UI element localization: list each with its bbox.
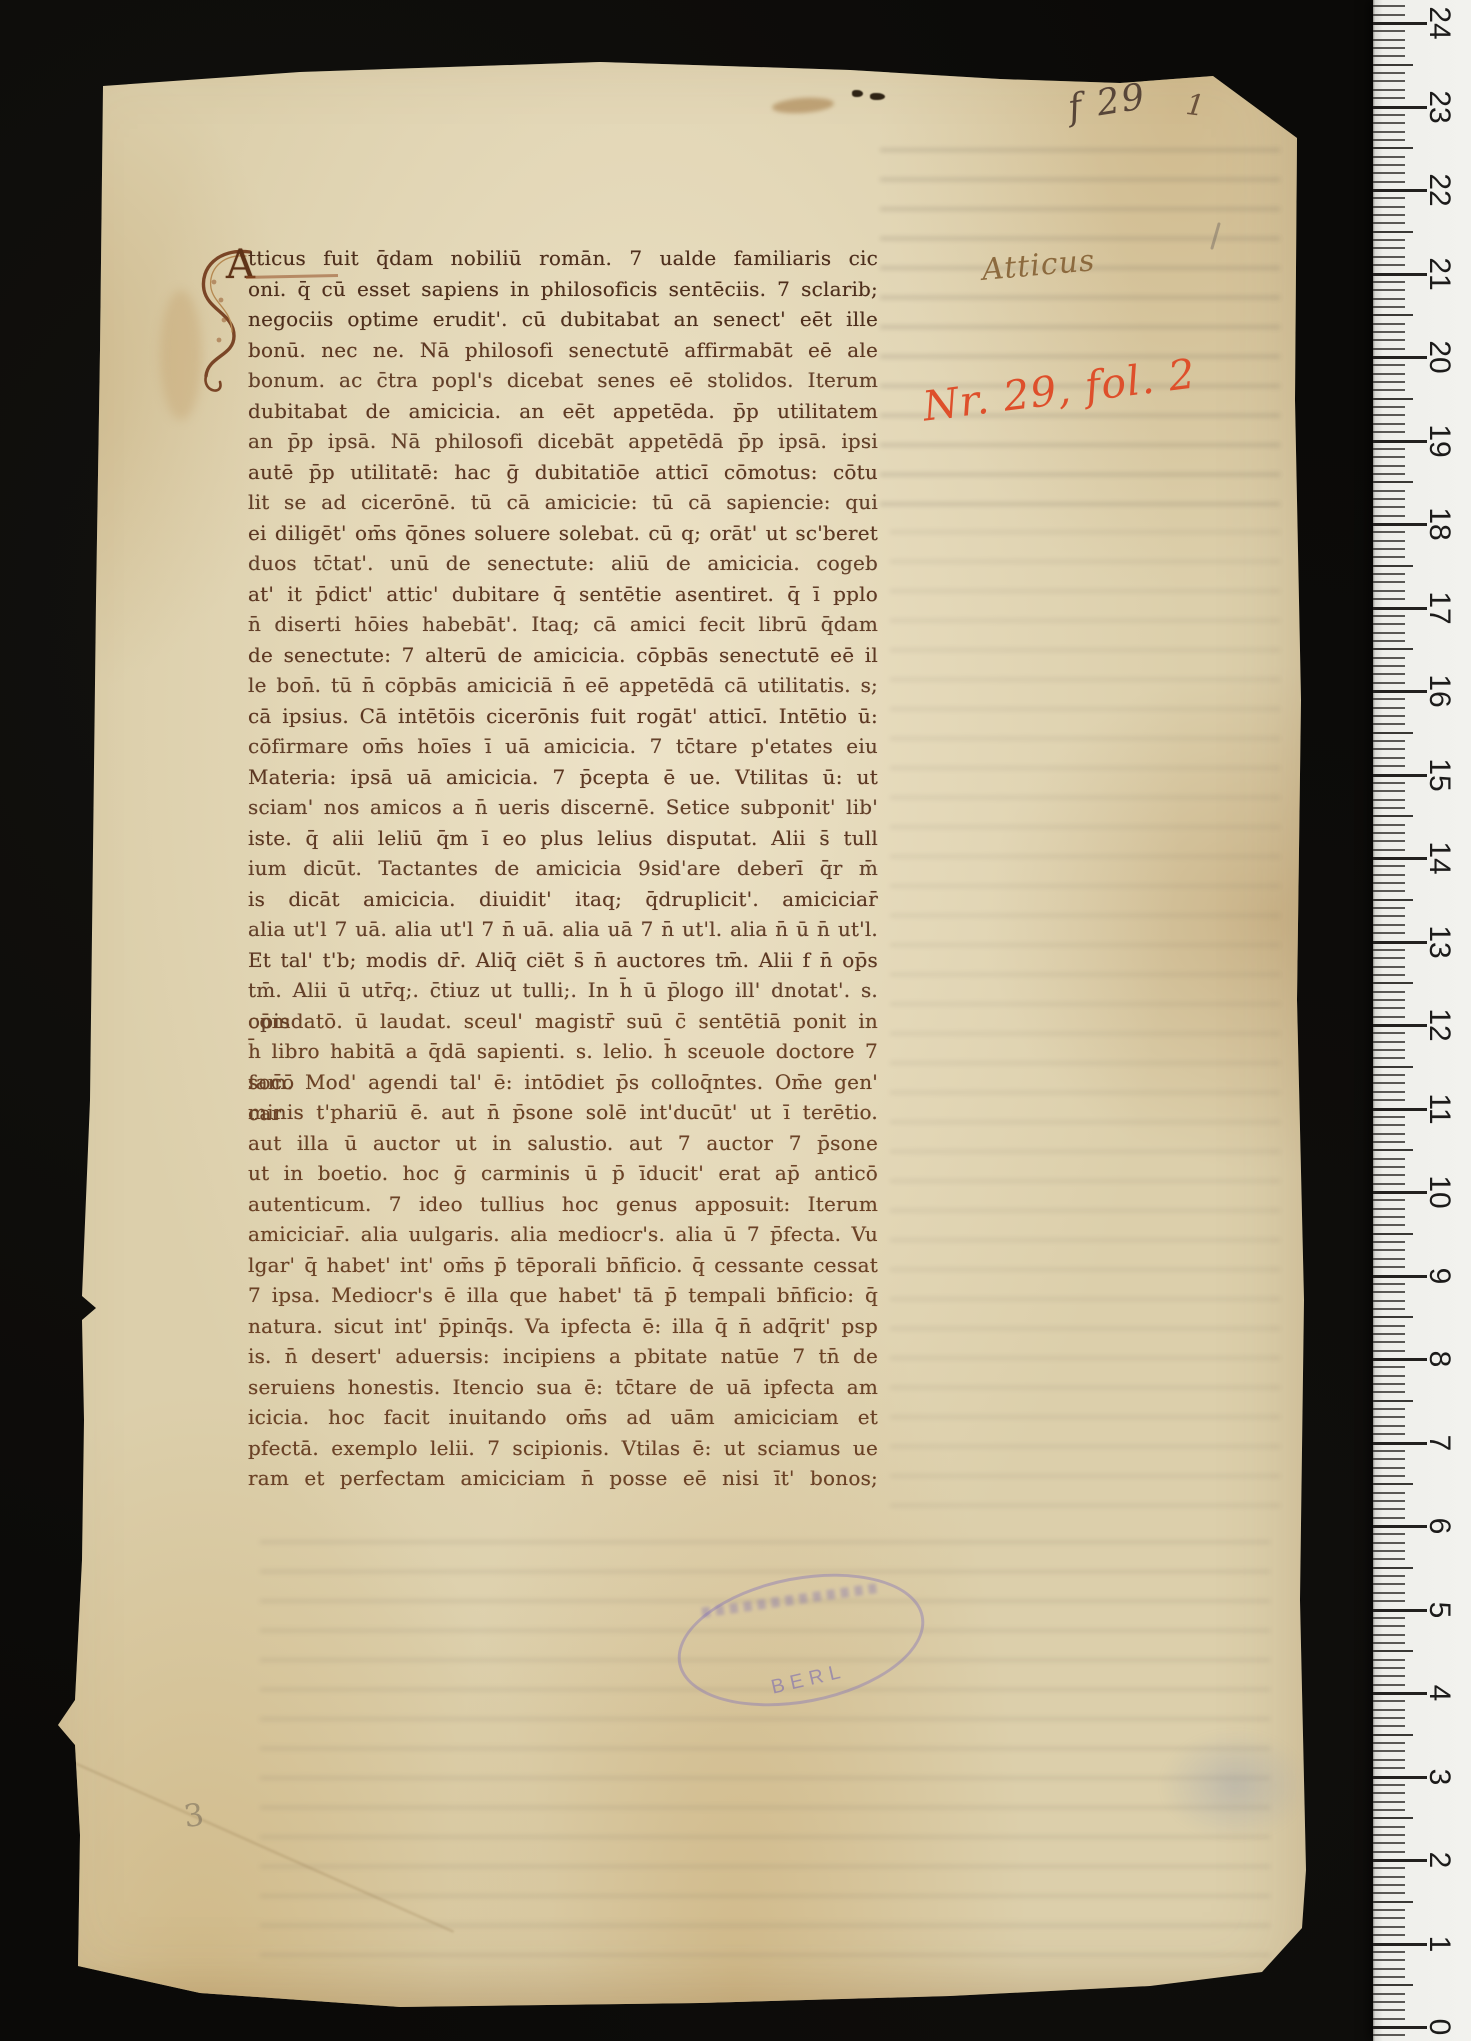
ruler-tick [1373, 957, 1405, 959]
ruler-tick [1373, 1901, 1413, 1903]
pencil-number-mark: 3 [182, 1797, 207, 1835]
ruler-tick [1373, 1350, 1405, 1352]
ruler-tick [1373, 1358, 1427, 1361]
ruler-tick [1373, 139, 1405, 141]
ruler-tick [1373, 515, 1405, 517]
ruler-number: 21 [1424, 252, 1454, 296]
ruler-tick [1373, 323, 1405, 325]
ruler-tick [1373, 1734, 1413, 1736]
ruler-tick [1373, 1542, 1405, 1544]
ruler-tick [1373, 707, 1405, 709]
ruler-tick [1373, 1625, 1405, 1627]
ruler-tick [1373, 1383, 1405, 1385]
ruler-tick [1373, 1216, 1405, 1218]
ruler-tick [1373, 632, 1405, 634]
ruler-number: 2 [1424, 1838, 1454, 1882]
ruler-tick [1373, 39, 1405, 41]
ruler-tick [1373, 1709, 1405, 1711]
ruler-tick [1373, 331, 1405, 333]
ruler-tick [1373, 598, 1405, 600]
ruler-tick [1373, 1074, 1405, 1076]
manuscript-line: iste. q̄ alii leliū q̄m ī eo plus lelius… [248, 823, 878, 854]
ruler-tick [1373, 740, 1405, 742]
ruler-tick [1373, 1634, 1405, 1636]
ruler-tick [1373, 765, 1405, 767]
manuscript-line: at' it p̄dict' attic' dubitare q̄ sentēt… [248, 579, 878, 610]
ruler-tick [1373, 1609, 1427, 1612]
ruler-tick [1373, 2001, 1405, 2003]
manuscript-line: ium dicūt. Tactantes de amicicia 9sid'ar… [248, 853, 878, 884]
ruler-tick [1373, 974, 1405, 976]
ruler-tick [1373, 1141, 1405, 1143]
manuscript-line: bonum. ac c̄tra popl's dicebat senes eē … [248, 365, 878, 396]
stain [1160, 1730, 1310, 1840]
ruler-tick [1373, 256, 1405, 258]
ruler-tick [1373, 1533, 1405, 1535]
ruler-tick [1373, 865, 1405, 867]
ruler-tick [1373, 1926, 1405, 1928]
ruler-tick [1373, 1375, 1405, 1377]
manuscript-line: oni. q̄ cū esset sapiens in philosoficis… [248, 274, 878, 305]
ruler-tick [1373, 899, 1413, 901]
ruler-tick [1373, 1659, 1405, 1661]
ruler-tick [1373, 991, 1405, 993]
decorated-initial: A [226, 245, 255, 285]
ruler-tick [1373, 1917, 1405, 1919]
ruler-tick [1373, 1300, 1405, 1302]
ruler-tick [1373, 1492, 1405, 1494]
manuscript-line: Materia: ipsā uā amicicia. 7 p̄cepta ē u… [248, 762, 878, 793]
ruler-tick [1373, 1517, 1405, 1519]
ruler-tick [1373, 1842, 1405, 1844]
ruler-tick [1373, 1108, 1427, 1111]
ruler-tick [1373, 1116, 1405, 1118]
ruler-tick [1373, 1525, 1427, 1528]
ruler-tick [1373, 47, 1405, 49]
ruler-tick [1373, 1826, 1405, 1828]
ruler-tick [1373, 657, 1405, 659]
ruler-number: 12 [1424, 1003, 1454, 1047]
ruler-tick [1373, 1650, 1413, 1652]
ruler-tick [1373, 607, 1427, 610]
ruler-number: 5 [1424, 1588, 1454, 1632]
ruler-number: 11 [1424, 1087, 1454, 1131]
ruler-tick [1373, 348, 1405, 350]
ruler-number: 6 [1424, 1504, 1454, 1548]
ruler-number: 15 [1424, 753, 1454, 797]
ruler-tick [1373, 1442, 1427, 1445]
ruler-tick [1373, 615, 1405, 617]
ruler-number: 1 [1424, 1922, 1454, 1966]
manuscript-line: bonū. nec ne. Nā philosofi senectutē aff… [248, 335, 878, 366]
ruler-tick [1373, 1475, 1405, 1477]
ruler-tick [1373, 1767, 1405, 1769]
ruler-number: 10 [1424, 1170, 1454, 1214]
manuscript-line: seruiens honestis. Itencio sua ē: tc̄tar… [248, 1372, 878, 1403]
ruler-tick [1373, 239, 1405, 241]
ruler-tick [1373, 882, 1405, 884]
manuscript-line: dubitabat de amicicia. an eēt appetēda. … [248, 396, 878, 427]
speck [870, 93, 885, 100]
ruler-tick [1373, 55, 1405, 57]
ruler-tick [1373, 1642, 1405, 1644]
ruler-tick [1373, 1124, 1405, 1126]
ruler-tick [1373, 1684, 1405, 1686]
manuscript-line: autē p̄p utilitatē: hac ḡ dubitatiōe att… [248, 457, 878, 488]
ruler-tick [1373, 966, 1405, 968]
ruler-number: 24 [1424, 1, 1454, 45]
manuscript-line: an p̄p ipsā. Nā philosofi dicebāt appetē… [248, 426, 878, 457]
ruler-tick [1373, 1149, 1413, 1151]
manuscript-line: h̄ libro habitā a q̄dā sapienti. s. leli… [248, 1036, 878, 1067]
ruler-tick [1373, 1717, 1405, 1719]
ruler-tick [1373, 548, 1405, 550]
ruler-tick [1373, 14, 1405, 16]
ruler-tick [1373, 97, 1405, 99]
manuscript-line: alia ut'l 7 uā. alia ut'l 7 n̄ uā. alia … [248, 914, 878, 945]
ruler-tick [1373, 949, 1405, 951]
ruler-tick [1373, 1258, 1405, 1260]
manuscript-line: aut illa ū auctor ut in salustio. aut 7 … [248, 1128, 878, 1159]
manuscript-line: lit se ad cicerōnē. tū cā amicicie: tū c… [248, 487, 878, 518]
ruler-tick [1373, 147, 1413, 149]
ruler-tick [1373, 1859, 1427, 1862]
ruler-tick [1373, 122, 1405, 124]
stain [772, 96, 835, 115]
ruler-tick [1373, 1876, 1405, 1878]
ruler-tick [1373, 1183, 1405, 1185]
ruler-tick [1373, 1742, 1405, 1744]
manuscript-line: duos tc̄tat'. unū de senectute: aliū de … [248, 548, 878, 579]
ruler-tick [1373, 448, 1405, 450]
ruler-tick [1373, 1450, 1405, 1452]
ruler-tick [1373, 1667, 1405, 1669]
ruler-tick [1373, 1024, 1427, 1027]
manuscript-line: cōfirmare om̄s hoīes ī uā amicicia. 7 tc… [248, 731, 878, 762]
ruler-tick [1373, 523, 1427, 526]
ruler-tick [1373, 815, 1413, 817]
ruler-tick [1373, 757, 1405, 759]
ruler-tick [1373, 431, 1405, 433]
ruler-tick [1373, 440, 1427, 443]
ruler-tick [1373, 306, 1405, 308]
ruler-tick [1373, 556, 1405, 558]
folio-number-mark: f 29 [1065, 76, 1149, 129]
manuscript-line: 7 ipsa. Mediocr's ē illa que habet' tā p… [248, 1280, 878, 1311]
ruler-tick [1373, 264, 1405, 266]
ruler-tick [1373, 1776, 1427, 1779]
ruler-tick [1373, 356, 1427, 359]
ruler-tick [1373, 915, 1405, 917]
ruler-tick [1373, 1091, 1405, 1093]
ruler-tick [1373, 1391, 1405, 1393]
ruler-tick [1373, 1333, 1405, 1335]
manuscript-line: natura. sicut int' p̄pinq̄s. Va ipfecta … [248, 1311, 878, 1342]
ruler-number: 8 [1424, 1337, 1454, 1381]
ruler-tick [1373, 30, 1405, 32]
ruler-number: 3 [1424, 1755, 1454, 1799]
ruler-number: 9 [1424, 1254, 1454, 1298]
ruler-tick [1373, 540, 1405, 542]
measurement-ruler: 2423222120191817161514131211109876543210 [1373, 0, 1471, 2041]
ruler-tick [1373, 1275, 1427, 1278]
ruler-tick [1373, 732, 1413, 734]
ruler-tick [1373, 1049, 1405, 1051]
ruler-tick [1373, 1817, 1413, 1819]
ruler-tick [1373, 565, 1413, 567]
ruler-tick [1373, 490, 1405, 492]
ruler-tick [1373, 2034, 1405, 2036]
speck [852, 90, 863, 97]
ruler-tick [1373, 414, 1405, 416]
ruler-tick [1373, 2018, 1405, 2020]
ruler-tick [1373, 364, 1405, 366]
ruler-tick [1373, 1133, 1405, 1135]
ruler-tick [1373, 89, 1405, 91]
ruler-number: 4 [1424, 1671, 1454, 1715]
manuscript-line: minis t'phariū ē. aut n̄ p̄sone solē int… [248, 1097, 878, 1128]
ruler-tick [1373, 590, 1405, 592]
ruler-tick [1373, 498, 1405, 500]
ruler-tick [1373, 1959, 1405, 1961]
ruler-tick [1373, 373, 1405, 375]
ruler-tick [1373, 1199, 1405, 1201]
ruler-tick [1373, 1784, 1405, 1786]
ruler-tick [1373, 1884, 1405, 1886]
parchment-leaf: A tticus fuit q̄dam nobiliū romān. 7 ual… [0, 0, 1340, 2041]
ruler-tick [1373, 465, 1405, 467]
ruler-tick [1373, 715, 1405, 717]
ruler-tick [1373, 1041, 1405, 1043]
ruler-tick [1373, 782, 1405, 784]
ruler-tick [1373, 1249, 1405, 1251]
ruler-tick [1373, 1725, 1405, 1727]
manuscript-line: le bon̄. tū n̄ cōpbās amiciciā n̄ eē app… [248, 670, 878, 701]
ruler-number: 19 [1424, 419, 1454, 463]
ruler-tick [1373, 247, 1405, 249]
ruler-tick [1373, 1508, 1405, 1510]
ruler-tick [1373, 181, 1405, 183]
ruler-tick [1373, 1934, 1405, 1936]
ruler-tick [1373, 857, 1427, 860]
manuscript-line: ei diligēt' om̄s q̄ōnes soluere solebat.… [248, 518, 878, 549]
ruler-tick [1373, 1408, 1405, 1410]
ruler-tick [1373, 222, 1405, 224]
manuscript-line: autenticum. 7 ideo tullius hoc genus app… [248, 1189, 878, 1220]
ruler-tick [1373, 80, 1405, 82]
ruler-number: 16 [1424, 669, 1454, 713]
manuscript-line: tticus fuit q̄dam nobiliū romān. 7 ualde… [248, 243, 878, 274]
manuscript-line: cōmdatō. ū laudat. sceul' magistr̄ suū c… [248, 1006, 878, 1037]
ruler-tick [1373, 1400, 1413, 1402]
ruler-tick [1373, 999, 1405, 1001]
ruler-tick [1373, 1943, 1427, 1946]
ruler-tick [1373, 456, 1405, 458]
ruler-tick [1373, 1458, 1405, 1460]
ruler-tick [1373, 1968, 1405, 1970]
ruler-tick [1373, 924, 1405, 926]
manuscript-photo: A tticus fuit q̄dam nobiliū romān. 7 ual… [0, 0, 1471, 2041]
ruler-tick [1373, 890, 1405, 892]
ruler-number: 22 [1424, 168, 1454, 212]
ruler-number: 14 [1424, 836, 1454, 880]
ruler-tick [1373, 64, 1413, 66]
ruler-tick [1373, 314, 1413, 316]
ruler-tick [1373, 907, 1405, 909]
ruler-tick [1373, 1224, 1405, 1226]
ruler-tick [1373, 790, 1405, 792]
ruler-tick [1373, 1483, 1413, 1485]
ruler-tick [1373, 1809, 1405, 1811]
ruler-tick [1373, 197, 1405, 199]
ruler-tick [1373, 164, 1405, 166]
ruler-tick [1373, 623, 1405, 625]
ruler-tick [1373, 1675, 1405, 1677]
ruler-tick [1373, 339, 1405, 341]
manuscript-line: pfectā. exemplo lelii. 7 scipionis. Vtil… [248, 1433, 878, 1464]
ruler-tick [1373, 1976, 1405, 1978]
ruler-tick [1373, 1325, 1405, 1327]
manuscript-line: sciam' nos amicos a n̄ ueris discernē. S… [248, 792, 878, 823]
ruler-tick [1373, 1191, 1427, 1194]
ruler-tick [1373, 1993, 1405, 1995]
ruler-tick [1373, 807, 1405, 809]
manuscript-line: ram et perfectam amiciciam n̄ posse eē n… [248, 1463, 878, 1494]
ruler-number: 17 [1424, 586, 1454, 630]
ruler-tick [1373, 1750, 1405, 1752]
ruler-tick [1373, 1592, 1405, 1594]
ruler-tick [1373, 1316, 1413, 1318]
ruler-tick [1373, 473, 1405, 475]
ruler-tick [1373, 281, 1405, 283]
ruler-tick [1373, 874, 1405, 876]
ruler-tick [1373, 1892, 1405, 1894]
ruler-tick [1373, 824, 1405, 826]
manuscript-line: n̄ diserti hōies habebāt'. Itaq; cā amic… [248, 609, 878, 640]
ruler-tick [1373, 531, 1405, 533]
ruler-tick [1373, 1241, 1405, 1243]
ruler-tick [1373, 1909, 1405, 1911]
ruler-tick [1373, 1500, 1405, 1502]
ruler-tick [1373, 1567, 1413, 1569]
ruler-tick [1373, 774, 1427, 777]
ruler-tick [1373, 698, 1405, 700]
ruler-tick [1373, 573, 1405, 575]
ruler-tick [1373, 1867, 1405, 1869]
ruler-tick [1373, 1759, 1405, 1761]
ruler-number: 23 [1424, 85, 1454, 129]
ruler-tick [1373, 481, 1413, 483]
manuscript-line: amiciciar̄. alia uulgaris. alia mediocr'… [248, 1219, 878, 1250]
ruler-tick [1373, 106, 1427, 109]
manuscript-line: tm̄. Alii ū utr̄q;. c̄tiuz ut tulli;. In… [248, 975, 878, 1006]
ruler-tick [1373, 2026, 1427, 2029]
ruler-tick [1373, 799, 1405, 801]
ruler-tick [1373, 506, 1405, 508]
ruler-tick [1373, 849, 1405, 851]
ruler-number: 20 [1424, 335, 1454, 379]
ruler-tick [1373, 1575, 1405, 1577]
ruler-tick [1373, 682, 1405, 684]
ruler-tick [1373, 1016, 1405, 1018]
ruler-tick [1373, 273, 1427, 276]
ruler-tick [1373, 2009, 1405, 2011]
manuscript-line: icicia. hoc facit inuitando om̄s ad uām … [248, 1402, 878, 1433]
ruler-tick [1373, 690, 1427, 693]
ruler-tick [1373, 1984, 1413, 1986]
ruler-tick [1373, 648, 1413, 650]
ruler-tick [1373, 1158, 1405, 1160]
ruler-number: 13 [1424, 920, 1454, 964]
ruler-tick [1373, 1007, 1405, 1009]
ruler-tick [1373, 1600, 1405, 1602]
ruler-tick [1373, 289, 1405, 291]
ruler-tick [1373, 398, 1413, 400]
ruler-tick [1373, 72, 1405, 74]
ruler-tick [1373, 1692, 1427, 1695]
ruler-tick [1373, 1166, 1405, 1168]
corner-number-mark: 1 [1184, 87, 1206, 123]
ruler-tick [1373, 298, 1405, 300]
verso-showthrough [890, 530, 1280, 1510]
ruler-tick [1373, 214, 1405, 216]
manuscript-line: is. n̄ desert' aduersis: incipiens a pbi… [248, 1341, 878, 1372]
ruler-tick [1373, 1425, 1405, 1427]
ruler-tick [1373, 1433, 1405, 1435]
manuscript-line: negociis optime erudit'. cū dubitabat an… [248, 304, 878, 335]
manuscript-line: lgar' q̄ habet' int' om̄s p̄ tēporali bn… [248, 1250, 878, 1281]
ruler-tick [1373, 1851, 1405, 1853]
ruler-tick [1373, 748, 1405, 750]
manuscript-line: is dicāt amicicia. diuidit' itaq; q̄drup… [248, 884, 878, 915]
ruler-tick [1373, 982, 1413, 984]
ruler-tick [1373, 189, 1427, 192]
ruler-tick [1373, 1308, 1405, 1310]
ruler-tick [1373, 1834, 1405, 1836]
ruler-tick [1373, 1266, 1405, 1268]
ruler-tick [1373, 206, 1405, 208]
ruler-tick [1373, 1366, 1405, 1368]
ruler-tick [1373, 1032, 1405, 1034]
ruler-tick [1373, 1099, 1405, 1101]
ruler-tick [1373, 1082, 1405, 1084]
verso-showthrough [880, 148, 1280, 508]
ruler-tick [1373, 114, 1405, 116]
ruler-tick [1373, 1792, 1405, 1794]
ruler-tick [1373, 406, 1405, 408]
ruler-tick [1373, 1208, 1405, 1210]
ruler-tick [1373, 723, 1405, 725]
ruler-tick [1373, 1066, 1413, 1068]
ruler-tick [1373, 381, 1405, 383]
ruler-tick [1373, 1416, 1405, 1418]
ruler-tick [1373, 1467, 1405, 1469]
ruler-tick [1373, 156, 1405, 158]
ruler-tick [1373, 1951, 1405, 1953]
ruler-tick [1373, 1558, 1405, 1560]
ruler-number: 0 [1424, 2005, 1454, 2041]
ruler-number: 18 [1424, 502, 1454, 546]
ruler-tick [1373, 1233, 1413, 1235]
ruler-tick [1373, 1057, 1405, 1059]
ruler-tick [1373, 423, 1405, 425]
ruler-tick [1373, 1617, 1405, 1619]
ruler-tick [1373, 640, 1405, 642]
ruler-tick [1373, 1583, 1405, 1585]
ruler-tick [1373, 389, 1405, 391]
ruler-tick [1373, 1283, 1405, 1285]
ruler-tick [1373, 1700, 1405, 1702]
